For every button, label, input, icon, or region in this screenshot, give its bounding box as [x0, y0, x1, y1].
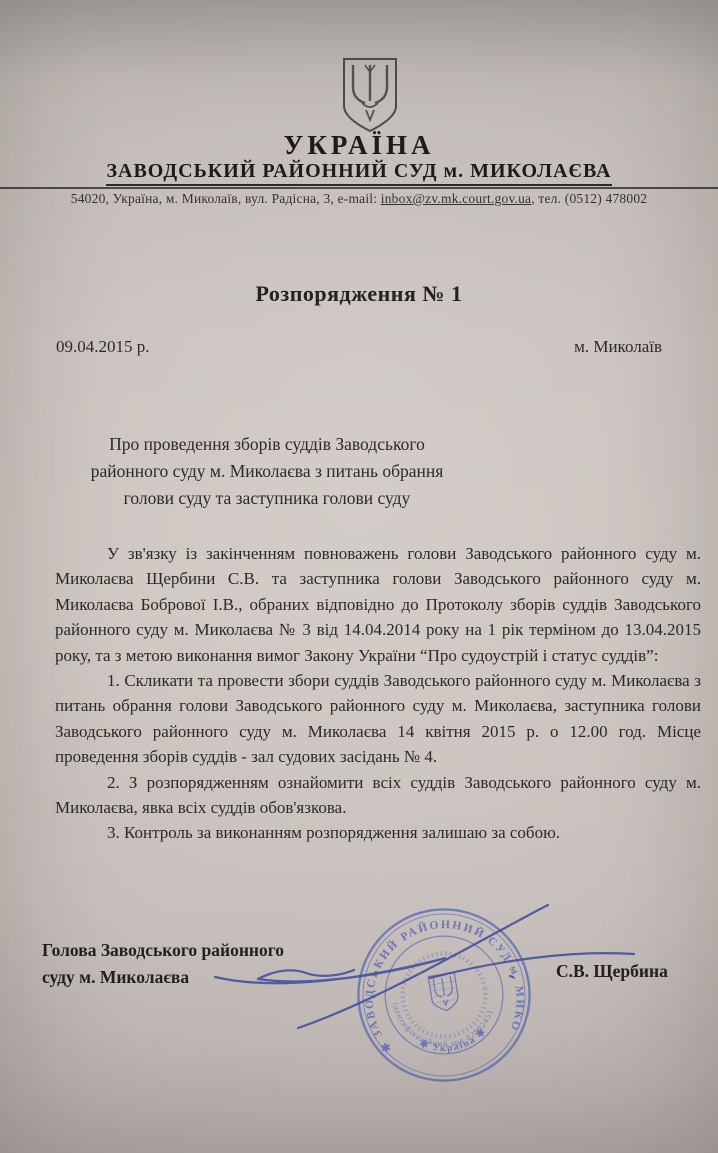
court-name-line: ЗАВОДСЬКИЙ РАЙОННИЙ СУД м. МИКОЛАЄВА [0, 160, 718, 186]
phone-text: , тел. (0512) 478002 [531, 191, 647, 206]
document-paragraph: У зв'язку із закінченням повноважень гол… [55, 541, 701, 668]
document-paragraph: 2. З розпорядженням ознайомити всіх судд… [55, 770, 701, 821]
document-paragraph: 3. Контроль за виконанням розпорядження … [55, 820, 701, 845]
court-name: ЗАВОДСЬКИЙ РАЙОННИЙ СУД м. МИКОЛАЄВА [106, 160, 611, 186]
date-city-row: 09.04.2015 р. м. Миколаїв [0, 337, 718, 357]
email-address: inbox@zv.mk.court.gov.ua [381, 191, 531, 206]
court-address: 54020, Україна, м. Миколаїв, вул. Радісн… [0, 191, 718, 207]
document-date: 09.04.2015 р. [56, 337, 150, 357]
subject-line: голови суду та заступника голови суду [64, 485, 470, 512]
subject-line: Про проведення зборів суддів Заводського [64, 431, 470, 458]
address-text: 54020, Україна, м. Миколаїв, вул. Радісн… [71, 191, 381, 206]
subject-line: районного суду м. Миколаєва з питань обр… [64, 458, 470, 485]
document-body: У зв'язку із закінченням повноважень гол… [55, 541, 701, 846]
document-title: Розпорядження № 1 [0, 281, 718, 307]
ukraine-trident-shield-icon [331, 56, 409, 134]
handwritten-signature [180, 878, 690, 1078]
country-title: УКРАЇНА [0, 130, 718, 161]
header-divider [0, 187, 718, 189]
document-city: м. Миколаїв [574, 337, 662, 357]
subject-block: Про проведення зборів суддів Заводського… [64, 431, 470, 512]
document-photo: УКРАЇНА ЗАВОДСЬКИЙ РАЙОННИЙ СУД м. МИКОЛ… [0, 0, 718, 1153]
document-paragraph: 1. Скликати та провести збори суддів Зав… [55, 668, 701, 770]
